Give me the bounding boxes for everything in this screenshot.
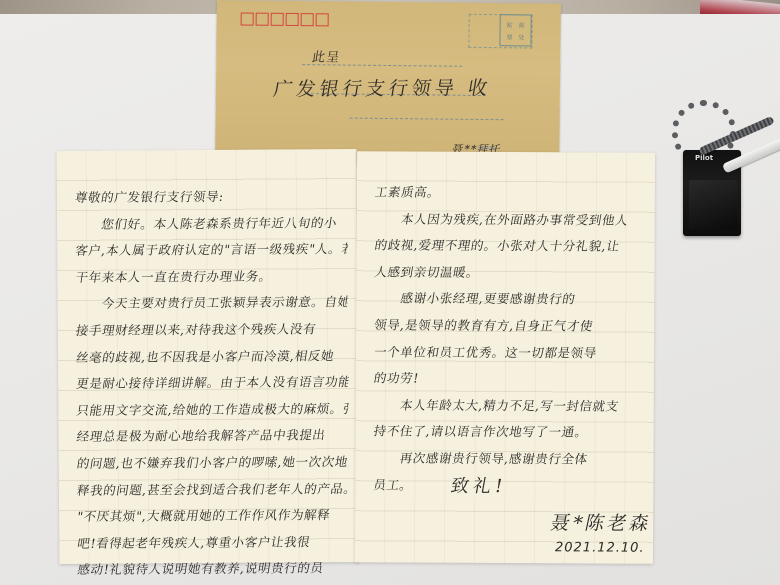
zip-box [286, 13, 299, 26]
address-line [350, 118, 504, 121]
zip-box [301, 13, 314, 26]
letter-line: 感动!礼貌待人说明她有教养,说明贵行的员 [75, 555, 351, 584]
letter-date: 2021.12.10. [555, 540, 645, 555]
letter-line: 经理总是极为耐心地给我解答产品中我提出 [75, 422, 351, 451]
letter-line: 吧!看得起老年残疾人,尊重小客户让我很 [75, 529, 351, 558]
letter-line: "不厌其烦",大概就用她的工作作风作为解释 [75, 502, 351, 531]
letter-line: 客户,本人属于政府认定的"言语一级残疾"人。若 [73, 236, 349, 265]
zip-box [271, 13, 284, 26]
pen-holder-face [689, 180, 737, 230]
zip-box [256, 13, 269, 26]
letter-line: 工素质高。 [373, 179, 647, 207]
envelope-to-title: 此呈 [311, 46, 342, 65]
letter-page-left: 尊敬的广发银行支行领导: 您们好。本人陈老森系贵行年近八旬的小 客户,本人属于政… [57, 149, 360, 564]
stamp-char: 贴 [507, 20, 513, 29]
letter-line: 接手理财经理以来,对待我这个残疾人没有 [74, 316, 350, 345]
letter-line: 您们好。本人陈老森系贵行年近八旬的小 [73, 210, 349, 239]
stamp-char: 票 [506, 32, 512, 41]
letter-line: 感谢小张经理,更要感谢贵行的 [372, 286, 646, 314]
letter-line: 持不住了,请以语言作次地写了一通。 [371, 419, 645, 447]
letter-line: 今天主要对贵行员工张颖异表示谢意。自她 [74, 289, 350, 318]
letter-body-right: 工素质高。 本人因为残疾,在外面路办事常受到他人 的歧视,爱理不理的。小张对人十… [373, 179, 645, 500]
letter-line: 本人因为残疾,在外面路办事常受到他人 [373, 206, 647, 234]
letter-line: 丝毫的歧视,也不因我是小客户而冷漠,相反她 [74, 343, 350, 372]
letter-line: 释我的问题,甚至会找到适合我们老年人的产品。所谓 [75, 476, 351, 505]
zip-box [241, 12, 254, 25]
letter-line: 只能用文字交流,给她的工作造成极大的麻烦。张 [74, 396, 350, 425]
letter-page-right: 工素质高。 本人因为残疾,在外面路办事常受到他人 的歧视,爱理不理的。小张对人十… [355, 151, 655, 564]
letter-line: 本人年龄太大,精力不足,写一封信就支 [372, 392, 646, 420]
letter-signature: 聂*陈老森 [548, 508, 654, 535]
letter-line: 一个单位和员工优秀。这一切都是领导 [372, 339, 646, 367]
letter-line: 尊敬的广发银行支行领导: [73, 183, 349, 212]
zip-box [316, 13, 329, 26]
letter-line: 领导,是领导的教育有方,自身正气才使 [372, 312, 646, 340]
envelope-recipient: 广发银行支行领导 收 [271, 73, 493, 101]
letter-line: 的功劳! [372, 365, 646, 393]
stamp-box: 贴 邮 票 处 [499, 14, 531, 46]
letter-line: 的问题,也不嫌弃我们小客户的啰嗦,她一次次地解 [75, 449, 351, 478]
letter-line: 的歧视,爱理不理的。小张对人十分礼貌,让 [372, 233, 646, 261]
postal-code-grid [241, 12, 329, 26]
letter-line: 更是耐心接待详细讲解。由于本人没有语言功能, [74, 369, 350, 398]
stamp-area: 贴 邮 票 处 [468, 14, 532, 49]
letter-body-left: 尊敬的广发银行支行领导: 您们好。本人陈老森系贵行年近八旬的小 客户,本人属于政… [75, 183, 350, 584]
letter-closing: 致礼! [449, 472, 509, 498]
letter-line: 人感到亲切温暖。 [372, 259, 646, 287]
pen-holder-label: Pilot [695, 154, 713, 162]
stamp-char: 邮 [519, 20, 525, 29]
letter-line: 员工。 [371, 472, 645, 500]
letter-line: 再次感谢贵行领导,感谢贵行全体 [371, 445, 645, 473]
stamp-char: 处 [518, 32, 524, 41]
envelope: 贴 邮 票 处 此呈 广发银行支行领导 收 邮政编码 聂**拜托 [215, 0, 561, 168]
letter-line: 干年来本人一直在贵行办理业务。 [73, 263, 349, 292]
